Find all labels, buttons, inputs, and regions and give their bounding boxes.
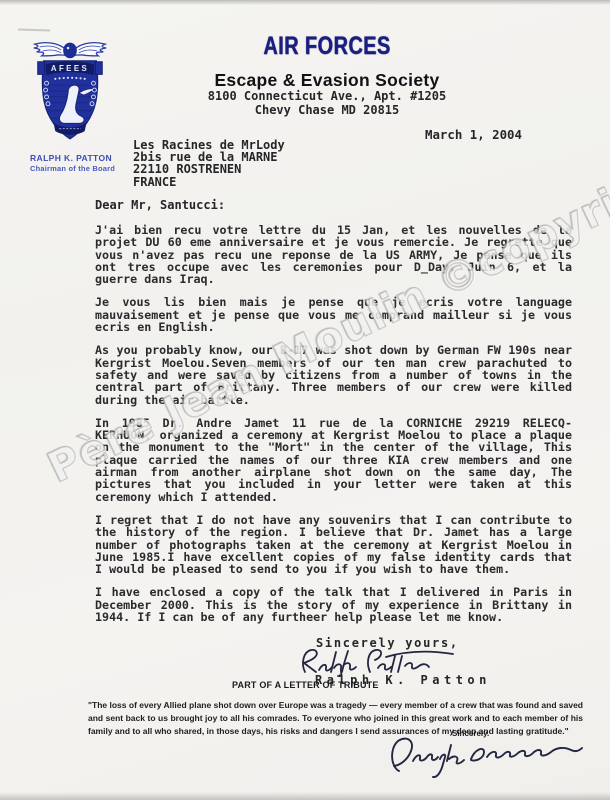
- body-line: ceremony which I attended.: [95, 491, 572, 503]
- scanned-letter-page: AFEES RALPH K. PATTON Chairman of the Bo…: [0, 0, 610, 800]
- salutation: Dear Mr, Santucci:: [95, 198, 225, 212]
- body-paragraph: J'ai bien recu votre lettre du 15 Jan, e…: [95, 224, 572, 285]
- org-address-line2: Chevy Chase MD 20815: [44, 104, 610, 117]
- tribute-caption: PART OF A LETTER OF TRIBUTE: [232, 680, 379, 690]
- scan-scratch-mark: [18, 28, 50, 31]
- body-paragraph: In 1985 Dr. Andre Jamet 11 rue de la COR…: [95, 417, 572, 503]
- officer-title: Chairman of the Board: [30, 164, 115, 173]
- org-address-line1: 8100 Connecticut Ave., Apt. #1205: [44, 90, 610, 103]
- body-line: during the air battle.: [95, 394, 572, 406]
- body-line: central part of Brittany. Three members …: [95, 381, 572, 393]
- date-line: March 1, 2004: [425, 127, 522, 142]
- body-line: pictures that you included in your lette…: [95, 478, 572, 490]
- letter-body: J'ai bien recu votre lettre du 15 Jan, e…: [95, 224, 572, 634]
- recipient-line: FRANCE: [133, 176, 285, 188]
- body-line: 1944. If I can be of any furtheer help p…: [95, 611, 572, 623]
- letterhead: AIR FORCES Escape & Evasion Society 8100…: [44, 33, 610, 116]
- body-line: the history of the region. I believe tha…: [95, 526, 572, 538]
- eisenhower-signature: [383, 731, 588, 781]
- org-subtitle: Escape & Evasion Society: [44, 71, 610, 89]
- scan-edge-top: [0, 0, 610, 5]
- body-line: projet DU 60 eme anniversaire et je vous…: [95, 236, 572, 248]
- body-line: As you probably know, our B-17 was shot …: [95, 344, 572, 356]
- officer-name: RALPH K. PATTON: [30, 153, 112, 163]
- org-title: AIR FORCES: [101, 33, 554, 59]
- body-line: Je vous lis bien mais je pense que je ec…: [95, 296, 572, 308]
- body-paragraph: Je vous lis bien mais je pense que je ec…: [95, 296, 572, 333]
- body-paragraph: I regret that I do not have any souvenir…: [95, 514, 572, 575]
- body-line: on the monument to the "Mort" in the cen…: [95, 441, 572, 453]
- body-line: guerre dans Iraq.: [95, 273, 572, 285]
- body-line: number of photographs taken at the cerem…: [95, 539, 572, 551]
- recipient-line: 22110 ROSTRENEN: [133, 163, 285, 175]
- body-line: I would be pleased to send to you if you…: [95, 563, 572, 575]
- body-line: ecris en English.: [95, 321, 572, 333]
- body-paragraph: I have enclosed a copy of the talk that …: [95, 586, 572, 623]
- body-paragraph: As you probably know, our B-17 was shot …: [95, 344, 572, 405]
- scan-edge-bottom: [0, 792, 610, 800]
- body-line: I have enclosed a copy of the talk that …: [95, 586, 572, 598]
- recipient-address-block: Les Racines de MrLody 2bis rue de la MAR…: [133, 139, 285, 188]
